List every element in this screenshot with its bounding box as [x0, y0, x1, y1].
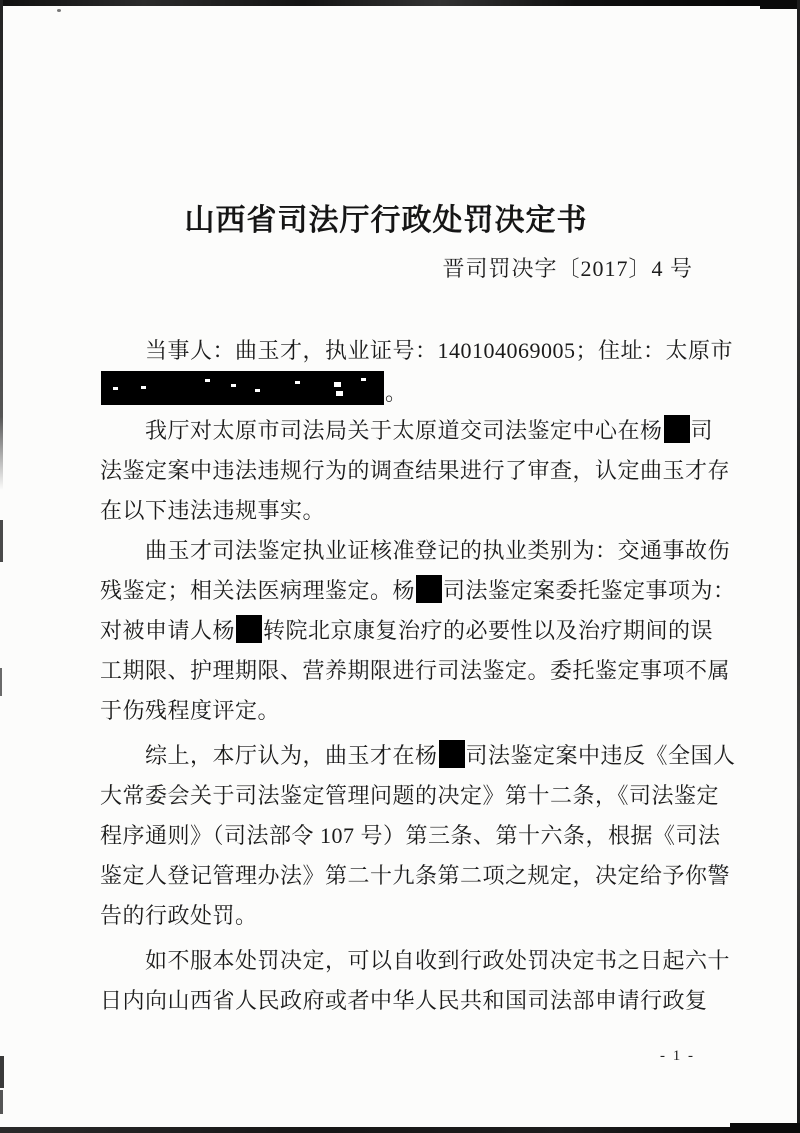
- text-segment: 司法鉴定案委托鉴定事项为：: [443, 578, 736, 603]
- redaction-block: [439, 740, 465, 768]
- text-segment: 曲玉才司法鉴定执业证核准登记的执业类别为：交通事故伤: [145, 538, 730, 563]
- redaction-block: [236, 615, 262, 643]
- text-segment: 法鉴定案中违法违规行为的调查结果进行了审查，认定曲玉才存: [100, 458, 730, 483]
- text-line: 如不服本处罚决定，可以自收到行政处罚决定书之日起六十: [100, 941, 740, 981]
- text-segment: 当事人：曲玉才，执业证号：140104069005；住址：太原市: [145, 338, 733, 363]
- text-segment: 在以下违法违规事实。: [100, 498, 325, 523]
- text-line: 程序通则》（司法部令 107 号）第三条、第十六条，根据《司法: [100, 816, 740, 856]
- text-segment: 工期限、护理期限、营养期限进行司法鉴定。委托鉴定事项不属: [100, 658, 730, 683]
- text-line: 对被申请人杨转院北京康复治疗的必要性以及治疗期间的误: [100, 611, 740, 651]
- text-line: 在以下违法违规事实。: [100, 491, 740, 531]
- text-segment: 大常委会关于司法鉴定管理问题的决定》第十二条，《司法鉴定: [100, 783, 719, 808]
- scan-artifact-bottom-right-corner: [730, 1123, 800, 1133]
- text-segment: 我厅对太原市司法局关于太原道交司法鉴定中心在杨: [145, 418, 663, 443]
- scan-artifact-bottom-edge: [0, 1127, 800, 1133]
- text-segment: 程序通则》（司法部令 107 号）第三条、第十六条，根据《司法: [100, 823, 721, 848]
- text-line: 告的行政处罚。: [100, 896, 740, 936]
- scan-artifact-speck: [0, 1056, 4, 1088]
- text-segment: 日内向山西省人民政府或者中华人民共和国司法部申请行政复: [100, 988, 708, 1013]
- text-line: 曲玉才司法鉴定执业证核准登记的执业类别为：交通事故伤: [100, 531, 740, 571]
- text-line: 残鉴定；相关法医病理鉴定。杨司法鉴定案委托鉴定事项为：: [100, 571, 740, 611]
- text-segment: 如不服本处罚决定，可以自收到行政处罚决定书之日起六十: [145, 948, 730, 973]
- text-line: 大常委会关于司法鉴定管理问题的决定》第十二条，《司法鉴定: [100, 776, 740, 816]
- document-title: 山西省司法厅行政处罚决定书: [0, 0, 772, 242]
- redaction-block: [416, 575, 442, 603]
- text-segment: 告的行政处罚。: [100, 903, 258, 928]
- text-line: 于伤残程度评定。: [100, 691, 740, 731]
- scanned-document-page: 山西省司法厅行政处罚决定书 晋司罚决字〔2017〕4 号 当事人：曲玉才，执业证…: [0, 0, 800, 1133]
- text-line: 法鉴定案中违法违规行为的调查结果进行了审查，认定曲玉才存: [100, 451, 740, 491]
- text-line: 综上，本厅认为，曲玉才在杨司法鉴定案中违反《全国人: [100, 736, 740, 776]
- text-line: 。: [100, 371, 740, 411]
- text-segment: 综上，本厅认为，曲玉才在杨: [145, 743, 438, 768]
- text-segment: 司法鉴定案中违反《全国人: [466, 743, 736, 768]
- document-body: 当事人：曲玉才，执业证号：140104069005；住址：太原市。我厅对太原市司…: [100, 331, 740, 1021]
- scan-artifact-speck: [0, 1090, 3, 1114]
- text-line: 我厅对太原市司法局关于太原道交司法鉴定中心在杨司: [100, 411, 740, 451]
- text-segment: 残鉴定；相关法医病理鉴定。杨: [100, 578, 415, 603]
- text-line: 鉴定人登记管理办法》第二十九条第二项之规定，决定给予你警: [100, 856, 740, 896]
- text-segment: 于伤残程度评定。: [100, 698, 280, 723]
- text-line: 当事人：曲玉才，执业证号：140104069005；住址：太原市: [100, 331, 740, 371]
- redaction-block: [101, 371, 384, 405]
- text-segment: 转院北京康复治疗的必要性以及治疗期间的误: [263, 618, 713, 643]
- text-line: 日内向山西省人民政府或者中华人民共和国司法部申请行政复: [100, 981, 740, 1021]
- redaction-block: [664, 415, 690, 443]
- text-segment: 鉴定人登记管理办法》第二十九条第二项之规定，决定给予你警: [100, 863, 730, 888]
- document-number: 晋司罚决字〔2017〕4 号: [0, 252, 693, 283]
- text-segment: 对被申请人杨: [100, 618, 235, 643]
- text-segment: 司: [691, 418, 714, 443]
- text-line: 工期限、护理期限、营养期限进行司法鉴定。委托鉴定事项不属: [100, 651, 740, 691]
- page-number: - 1 -: [660, 1048, 695, 1065]
- scan-artifact-speck: [0, 520, 3, 562]
- scan-artifact-speck: [0, 668, 2, 696]
- text-segment: 。: [385, 380, 408, 405]
